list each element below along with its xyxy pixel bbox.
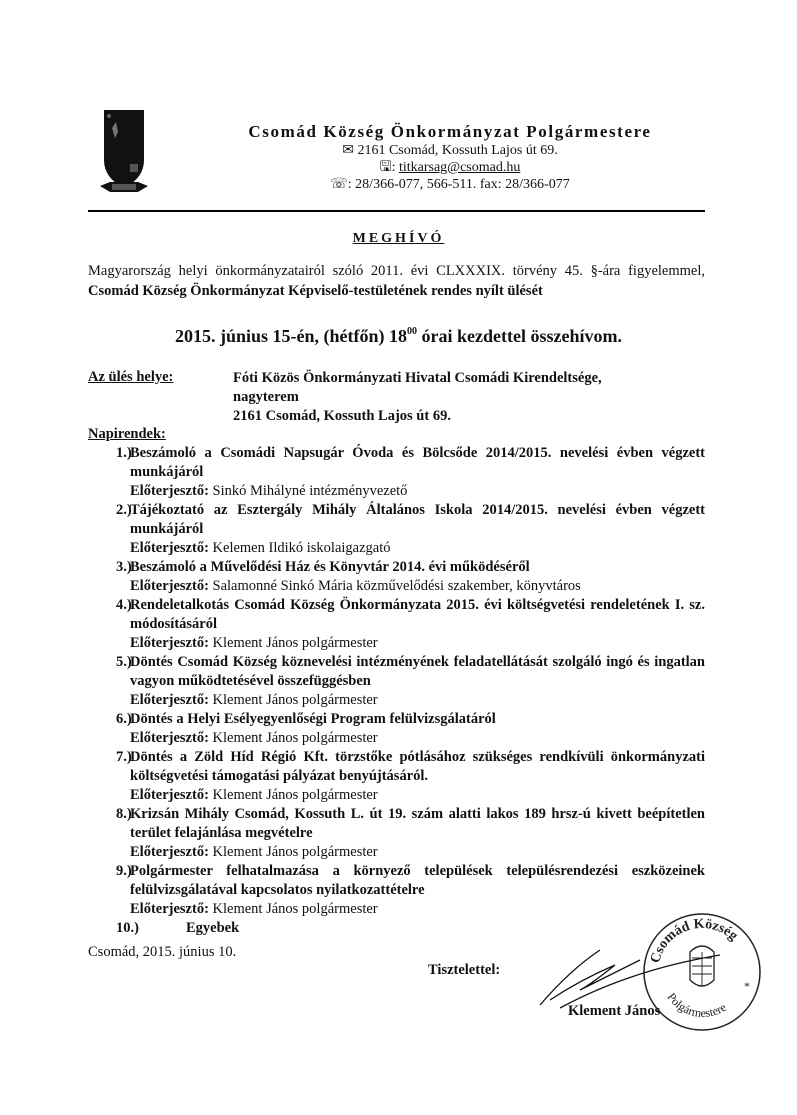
- agenda-item-presenter: Előterjesztő: Klement János polgármester: [130, 843, 705, 862]
- agenda-item-number: 2.): [116, 501, 132, 520]
- agenda-item-presenter: Előterjesztő: Klement János polgármester: [130, 900, 705, 919]
- agenda-item-number: 4.): [116, 596, 132, 615]
- header-divider: [88, 210, 705, 212]
- agenda-item-title: Krizsán Mihály Csomád, Kossuth L. út 19.…: [130, 805, 705, 843]
- agenda-item-title: Döntés a Zöld Híd Régió Kft. törzstőke p…: [130, 748, 705, 786]
- agenda-item-number: 6.): [116, 710, 132, 729]
- agenda-item-number: 10.): [116, 919, 139, 938]
- agenda-item-number: 1.): [116, 444, 132, 463]
- address-line: ✉ 2161 Csomád, Kossuth Lajos út 69.: [180, 142, 720, 159]
- agenda-item: 7.)Döntés a Zöld Híd Régió Kft. törzstők…: [88, 748, 705, 805]
- agenda-item: 4.)Rendeletalkotás Csomád Község Önkormá…: [88, 596, 705, 653]
- computer-icon: 🖫: [380, 160, 392, 175]
- agenda-item-title: Rendeletalkotás Csomád Község Önkormányz…: [130, 596, 705, 634]
- email-link[interactable]: titkarsag@csomad.hu: [399, 160, 520, 175]
- agenda-item-number: 7.): [116, 748, 132, 767]
- agenda-item-number: 5.): [116, 653, 132, 672]
- agenda-item: 1.)Beszámoló a Csomádi Napsugár Óvoda és…: [88, 444, 705, 501]
- phone-text: : 28/366-077, 566-511. fax: 28/366-077: [348, 177, 570, 192]
- meeting-datetime: 2015. június 15-én, (hétfőn) 1800 órai k…: [0, 326, 797, 347]
- email-line: 🖫: titkarsag@csomad.hu: [180, 159, 720, 176]
- agenda-item-title: Egyebek: [186, 919, 239, 938]
- agenda-item: 6.)Döntés a Helyi Esélyegyenlőségi Progr…: [88, 710, 705, 748]
- venue-label: Az ülés helye:: [88, 369, 173, 386]
- agenda-item-title: Polgármester felhatalmazása a környező t…: [130, 862, 705, 900]
- phone-line: ☏: 28/366-077, 566-511. fax: 28/366-077: [180, 176, 720, 193]
- closing-regards: Tisztelettel:: [428, 962, 500, 979]
- intro-bold: Csomád Község Önkormányzat Képviselő-tes…: [88, 283, 543, 299]
- place-date: Csomád, 2015. június 10.: [88, 944, 236, 961]
- municipal-crest-logo: [100, 108, 148, 198]
- agenda-item-presenter: Előterjesztő: Klement János polgármester: [130, 786, 705, 805]
- intro-paragraph: Magyarország helyi önkormányzatairól szó…: [88, 261, 705, 301]
- agenda-item: 8.)Krizsán Mihály Csomád, Kossuth L. út …: [88, 805, 705, 862]
- official-stamp: Csomád Község Polgármestere *: [640, 910, 764, 1034]
- agenda-item-presenter: Előterjesztő: Sinkó Mihályné intézményve…: [130, 482, 705, 501]
- svg-text:*: *: [744, 979, 750, 993]
- organization-name: Csomád Község Önkormányzat Polgármestere: [180, 122, 720, 142]
- agenda-item: 5.)Döntés Csomád Község köznevelési inté…: [88, 653, 705, 710]
- agenda-label: Napirendek:: [88, 426, 166, 443]
- agenda-item-title: Beszámoló a Művelődési Ház és Könyvtár 2…: [130, 558, 705, 577]
- agenda-item: 3.)Beszámoló a Művelődési Ház és Könyvtá…: [88, 558, 705, 596]
- agenda-item-presenter: Előterjesztő: Kelemen Ildikó iskolaigazg…: [130, 539, 705, 558]
- document-title: MEGHÍVÓ: [0, 231, 797, 247]
- agenda-item: 9.)Polgármester felhatalmazása a környez…: [88, 862, 705, 919]
- agenda-item-number: 3.): [116, 558, 132, 577]
- envelope-icon: ✉: [342, 143, 354, 158]
- agenda-item-presenter: Előterjesztő: Klement János polgármester: [130, 691, 705, 710]
- agenda-item-presenter: Előterjesztő: Salamonné Sinkó Mária közm…: [130, 577, 705, 596]
- agenda-list: 1.)Beszámoló a Csomádi Napsugár Óvoda és…: [88, 444, 705, 938]
- venue: Fóti Közös Önkormányzati Hivatal Csomádi…: [233, 369, 602, 426]
- svg-text:Polgármestere: Polgármestere: [664, 990, 728, 1020]
- agenda-item-title: Beszámoló a Csomádi Napsugár Óvoda és Bö…: [130, 444, 705, 482]
- agenda-item-number: 9.): [116, 862, 132, 881]
- agenda-item-title: Döntés Csomád Község köznevelési intézmé…: [130, 653, 705, 691]
- agenda-item-number: 8.): [116, 805, 132, 824]
- address-text: 2161 Csomád, Kossuth Lajos út 69.: [357, 143, 557, 158]
- agenda-item-title: Tájékoztató az Esztergály Mihály Általán…: [130, 501, 705, 539]
- telephone-icon: ☏: [330, 177, 348, 192]
- agenda-item-presenter: Előterjesztő: Klement János polgármester: [130, 634, 705, 653]
- agenda-item-presenter: Előterjesztő: Klement János polgármester: [130, 729, 705, 748]
- agenda-item: 2.)Tájékoztató az Esztergály Mihály Álta…: [88, 501, 705, 558]
- letterhead: Csomád Község Önkormányzat Polgármestere…: [160, 122, 720, 193]
- agenda-item-title: Döntés a Helyi Esélyegyenlőségi Program …: [130, 710, 705, 729]
